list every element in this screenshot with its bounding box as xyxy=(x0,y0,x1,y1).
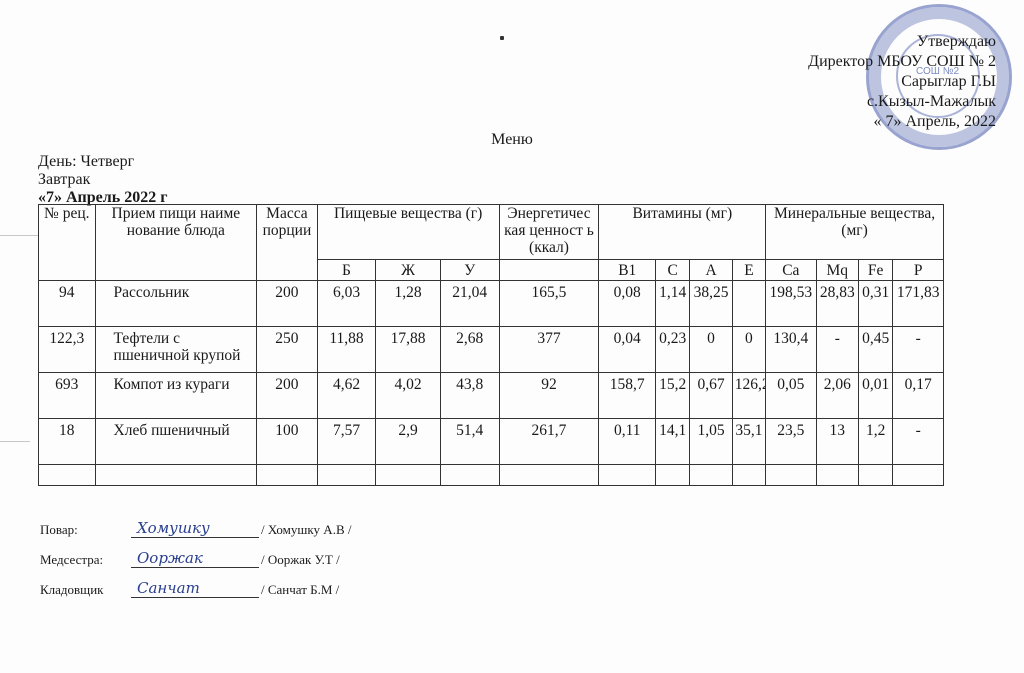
col-recipe-no: № рец. xyxy=(39,205,96,281)
cell-e: 0 xyxy=(732,327,765,373)
signature-row: Повар: Хомушку / Хомушку А.В / xyxy=(40,508,351,538)
day-label: День: Четверг xyxy=(38,153,167,171)
subheader-e: E xyxy=(732,260,765,281)
signature-role: Медсестра: xyxy=(40,552,131,568)
cell-c: 15,2 xyxy=(656,373,690,419)
cell-name: Компот из кураги xyxy=(95,373,257,419)
cell-zh: 4,02 xyxy=(376,373,441,419)
cell-mq: 28,83 xyxy=(816,281,858,327)
cell-p: 171,83 xyxy=(893,281,944,327)
col-portion: Масса порции xyxy=(257,205,318,281)
subheader-c: C xyxy=(656,260,690,281)
cell-b: 7,57 xyxy=(317,419,376,465)
signature-row: Кладовщик Санчат / Санчат Б.М / xyxy=(40,568,351,598)
subheader-fat: Ж xyxy=(376,260,441,281)
signatory-name: / Санчат Б.М / xyxy=(261,582,339,598)
cell-ca: 130,4 xyxy=(766,327,816,373)
col-minerals: Минеральные вещества, (мг) xyxy=(766,205,944,260)
signatures-block: Повар: Хомушку / Хомушку А.В / Медсестра… xyxy=(40,508,351,598)
cell-energy: 165,5 xyxy=(499,281,599,327)
subheader-fe: Fe xyxy=(858,260,892,281)
cell-fe: 1,2 xyxy=(858,419,892,465)
subheader-mq: Mq xyxy=(816,260,858,281)
cell-u: 51,4 xyxy=(440,419,499,465)
handwritten-signature: Хомушку xyxy=(137,519,210,537)
subheader-b1: B1 xyxy=(599,260,656,281)
table-row: 94Рассольник2006,031,2821,04165,50,081,1… xyxy=(39,281,944,327)
cell-c: 14,1 xyxy=(656,419,690,465)
cell-p: - xyxy=(893,419,944,465)
cell-u: 2,68 xyxy=(440,327,499,373)
cell-b1: 0,11 xyxy=(599,419,656,465)
approval-block: Утверждаю Директор МБОУ СОШ № 2 Сарыглар… xyxy=(808,32,996,132)
subheader-carbs: У xyxy=(440,260,499,281)
cell-ca: 23,5 xyxy=(766,419,816,465)
cell-fe: 0,45 xyxy=(858,327,892,373)
approval-line: Директор МБОУ СОШ № 2 xyxy=(808,52,996,72)
cell-portion: 200 xyxy=(257,281,318,327)
approval-line: Утверждаю xyxy=(808,32,996,52)
handwritten-signature: Ооржак xyxy=(137,549,203,567)
cell-b1: 0,04 xyxy=(599,327,656,373)
subheader-p: P xyxy=(893,260,944,281)
cell-energy: 261,7 xyxy=(499,419,599,465)
signature-line: Хомушку xyxy=(131,519,259,538)
col-nutrients: Пищевые вещества (г) xyxy=(317,205,499,260)
cell-zh: 1,28 xyxy=(376,281,441,327)
approval-line: « 7» Апрель, 2022 xyxy=(808,112,996,132)
cell-portion: 250 xyxy=(257,327,318,373)
cell-u: 21,04 xyxy=(440,281,499,327)
cell-recipe: 94 xyxy=(39,281,96,327)
cell-name: Хлеб пшеничный xyxy=(95,419,257,465)
empty-row xyxy=(39,465,944,486)
cell-b1: 0,08 xyxy=(599,281,656,327)
cell-e: 35,1 xyxy=(732,419,765,465)
cell-a: 38,25 xyxy=(690,281,732,327)
cell-recipe: 18 xyxy=(39,419,96,465)
approval-line: с.Кызыл-Мажалык xyxy=(808,92,996,112)
cell-fe: 0,01 xyxy=(858,373,892,419)
table-row: 693Компот из кураги2004,624,0243,892158,… xyxy=(39,373,944,419)
cell-name: Тефтели с пшеничной крупой xyxy=(95,327,257,373)
cell-c: 0,23 xyxy=(656,327,690,373)
cell-fe: 0,31 xyxy=(858,281,892,327)
cell-zh: 2,9 xyxy=(376,419,441,465)
cell-b: 4,62 xyxy=(317,373,376,419)
cell-b1: 158,7 xyxy=(599,373,656,419)
signature-role: Повар: xyxy=(40,522,131,538)
cell-p: - xyxy=(893,327,944,373)
cell-mq: 13 xyxy=(816,419,858,465)
subheader-a: A xyxy=(690,260,732,281)
document-title: Меню xyxy=(0,131,1024,149)
subheader-ca: Ca xyxy=(766,260,816,281)
scan-artifact xyxy=(0,235,38,236)
menu-meta: День: Четверг Завтрак «7» Апрель 2022 г xyxy=(38,153,167,207)
cell-u: 43,8 xyxy=(440,373,499,419)
signature-line: Санчат xyxy=(131,579,259,598)
cell-b: 11,88 xyxy=(317,327,376,373)
header-row: № рец. Прием пищи наиме нование блюда Ма… xyxy=(39,205,944,260)
table-row: 18Хлеб пшеничный1007,572,951,4261,70,111… xyxy=(39,419,944,465)
cell-energy: 377 xyxy=(499,327,599,373)
menu-table: № рец. Прием пищи наиме нование блюда Ма… xyxy=(38,204,944,486)
meal-label: Завтрак xyxy=(38,171,167,189)
cell-mq: - xyxy=(816,327,858,373)
signature-row: Медсестра: Ооржак / Ооржак У.Т / xyxy=(40,538,351,568)
cell-b: 6,03 xyxy=(317,281,376,327)
subheader-protein: Б xyxy=(317,260,376,281)
approval-line: Сарыглар Г.Ы xyxy=(808,72,996,92)
signature-role: Кладовщик xyxy=(40,582,131,598)
cell-ca: 198,53 xyxy=(766,281,816,327)
cell-name: Рассольник xyxy=(95,281,257,327)
cell-p: 0,17 xyxy=(893,373,944,419)
col-energy: Энергетичес кая ценност ь (ккал) xyxy=(499,205,599,260)
cell-e: 126,2 xyxy=(732,373,765,419)
subheader-energy-blank xyxy=(499,260,599,281)
cell-recipe: 122,3 xyxy=(39,327,96,373)
signature-line: Ооржак xyxy=(131,549,259,568)
cell-e xyxy=(732,281,765,327)
cell-portion: 200 xyxy=(257,373,318,419)
cell-energy: 92 xyxy=(499,373,599,419)
cell-recipe: 693 xyxy=(39,373,96,419)
cell-a: 1,05 xyxy=(690,419,732,465)
cell-ca: 0,05 xyxy=(766,373,816,419)
cell-a: 0,67 xyxy=(690,373,732,419)
cell-portion: 100 xyxy=(257,419,318,465)
col-vitamins: Витамины (мг) xyxy=(599,205,766,260)
col-dish-name: Прием пищи наиме нование блюда xyxy=(95,205,257,281)
signatory-name: / Ооржак У.Т / xyxy=(261,552,340,568)
cell-c: 1,14 xyxy=(656,281,690,327)
cell-mq: 2,06 xyxy=(816,373,858,419)
cell-zh: 17,88 xyxy=(376,327,441,373)
handwritten-signature: Санчат xyxy=(137,579,200,597)
table-row: 122,3Тефтели с пшеничной крупой25011,881… xyxy=(39,327,944,373)
cell-a: 0 xyxy=(690,327,732,373)
scan-artifact xyxy=(0,441,30,442)
signatory-name: / Хомушку А.В / xyxy=(261,522,351,538)
scan-speck xyxy=(500,36,504,40)
